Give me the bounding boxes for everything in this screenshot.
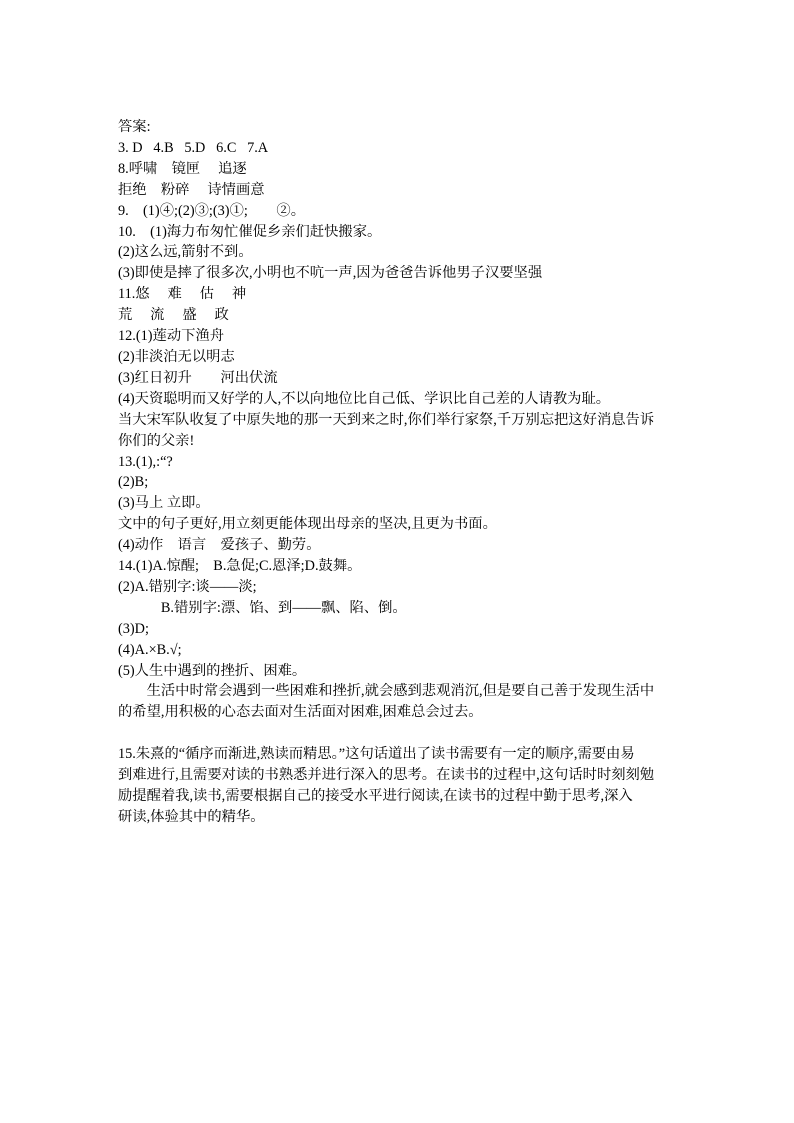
q12-answer-3: (3)红日初升 河出伏流	[118, 368, 686, 389]
q15-answer-3: 励提醒着我,读书,需要根据自己的接受水平进行阅读,在读书的过程中勤于思考,深入	[118, 786, 686, 807]
q13-answer-1: 13.(1),:“?	[118, 452, 686, 473]
blank-line	[118, 723, 686, 744]
q14-answer-1: 14.(1)A.惊醒; B.急促;C.恩泽;D.鼓舞。	[118, 556, 686, 577]
q11-row1: 11.悠 难 估 神	[118, 284, 686, 305]
document-page: 答案: 3. D 4.B 5.D 6.C 7.A 8.呼啸 镜匣 追逐 拒绝 粉…	[0, 0, 794, 1123]
q11-row2: 荒 流 盛 政	[118, 305, 686, 326]
q14-answer-2a: (2)A.错别字:谈——淡;	[118, 577, 686, 598]
q12-answer-1: 12.(1)莲动下渔舟	[118, 326, 686, 347]
q14-answer-2b: B.错别字:漂、馅、到——飘、陷、倒。	[118, 598, 686, 619]
document-text-block: 答案: 3. D 4.B 5.D 6.C 7.A 8.呼啸 镜匣 追逐 拒绝 粉…	[118, 117, 686, 828]
q10-answer-2: (2)这么远,箭射不到。	[118, 242, 686, 263]
q15-answer-2: 到难进行,且需要对读的书熟悉并进行深入的思考。在读书的过程中,这句话时时刻刻勉	[118, 765, 686, 786]
q9-answers: 9. (1)④;(2)③;(3)①; ②。	[118, 201, 686, 222]
q3-7-answers: 3. D 4.B 5.D 6.C 7.A	[118, 138, 686, 159]
q10-answer-3: (3)即使是摔了很多次,小明也不吭一声,因为爸爸告诉他男子汉要坚强	[118, 263, 686, 284]
q12-answer-2: (2)非淡泊无以明志	[118, 347, 686, 368]
q8-words-row1: 8.呼啸 镜匣 追逐	[118, 159, 686, 180]
q12-answer-4: (4)天资聪明而又好学的人,不以向地位比自己低、学识比自己差的人请教为耻。	[118, 389, 686, 410]
answers-header: 答案:	[118, 117, 686, 138]
q12-translation-2: 你们的父亲!	[118, 431, 686, 452]
q12-translation-1: 当大宋军队收复了中原失地的那一天到来之时,你们举行家祭,千万别忘把这好消息告诉	[118, 410, 686, 431]
q14-answer-3: (3)D;	[118, 619, 686, 640]
q13-answer-4: (4)动作 语言 爱孩子、勤劳。	[118, 535, 686, 556]
q14-answer-5-explain-1: 生活中时常会遇到一些困难和挫折,就会感到悲观消沉,但是要自己善于发现生活中	[118, 681, 686, 702]
q13-answer-2: (2)B;	[118, 472, 686, 493]
q8-words-row2: 拒绝 粉碎 诗情画意	[118, 180, 686, 201]
q15-answer-4: 研读,体验其中的精华。	[118, 807, 686, 828]
q13-answer-3: (3)马上 立即。	[118, 493, 686, 514]
q14-answer-5-explain-2: 的希望,用积极的心态去面对生活面对困难,困难总会过去。	[118, 702, 686, 723]
q13-explanation: 文中的句子更好,用立刻更能体现出母亲的坚决,且更为书面。	[118, 514, 686, 535]
q14-answer-4: (4)A.×B.√;	[118, 640, 686, 661]
q15-answer-1: 15.朱熹的“循序而渐进,熟读而精思。”这句话道出了读书需要有一定的顺序,需要由…	[118, 744, 686, 765]
q10-answer-1: 10. (1)海力布匆忙催促乡亲们赶快搬家。	[118, 222, 686, 243]
q14-answer-5: (5)人生中遇到的挫折、困难。	[118, 661, 686, 682]
